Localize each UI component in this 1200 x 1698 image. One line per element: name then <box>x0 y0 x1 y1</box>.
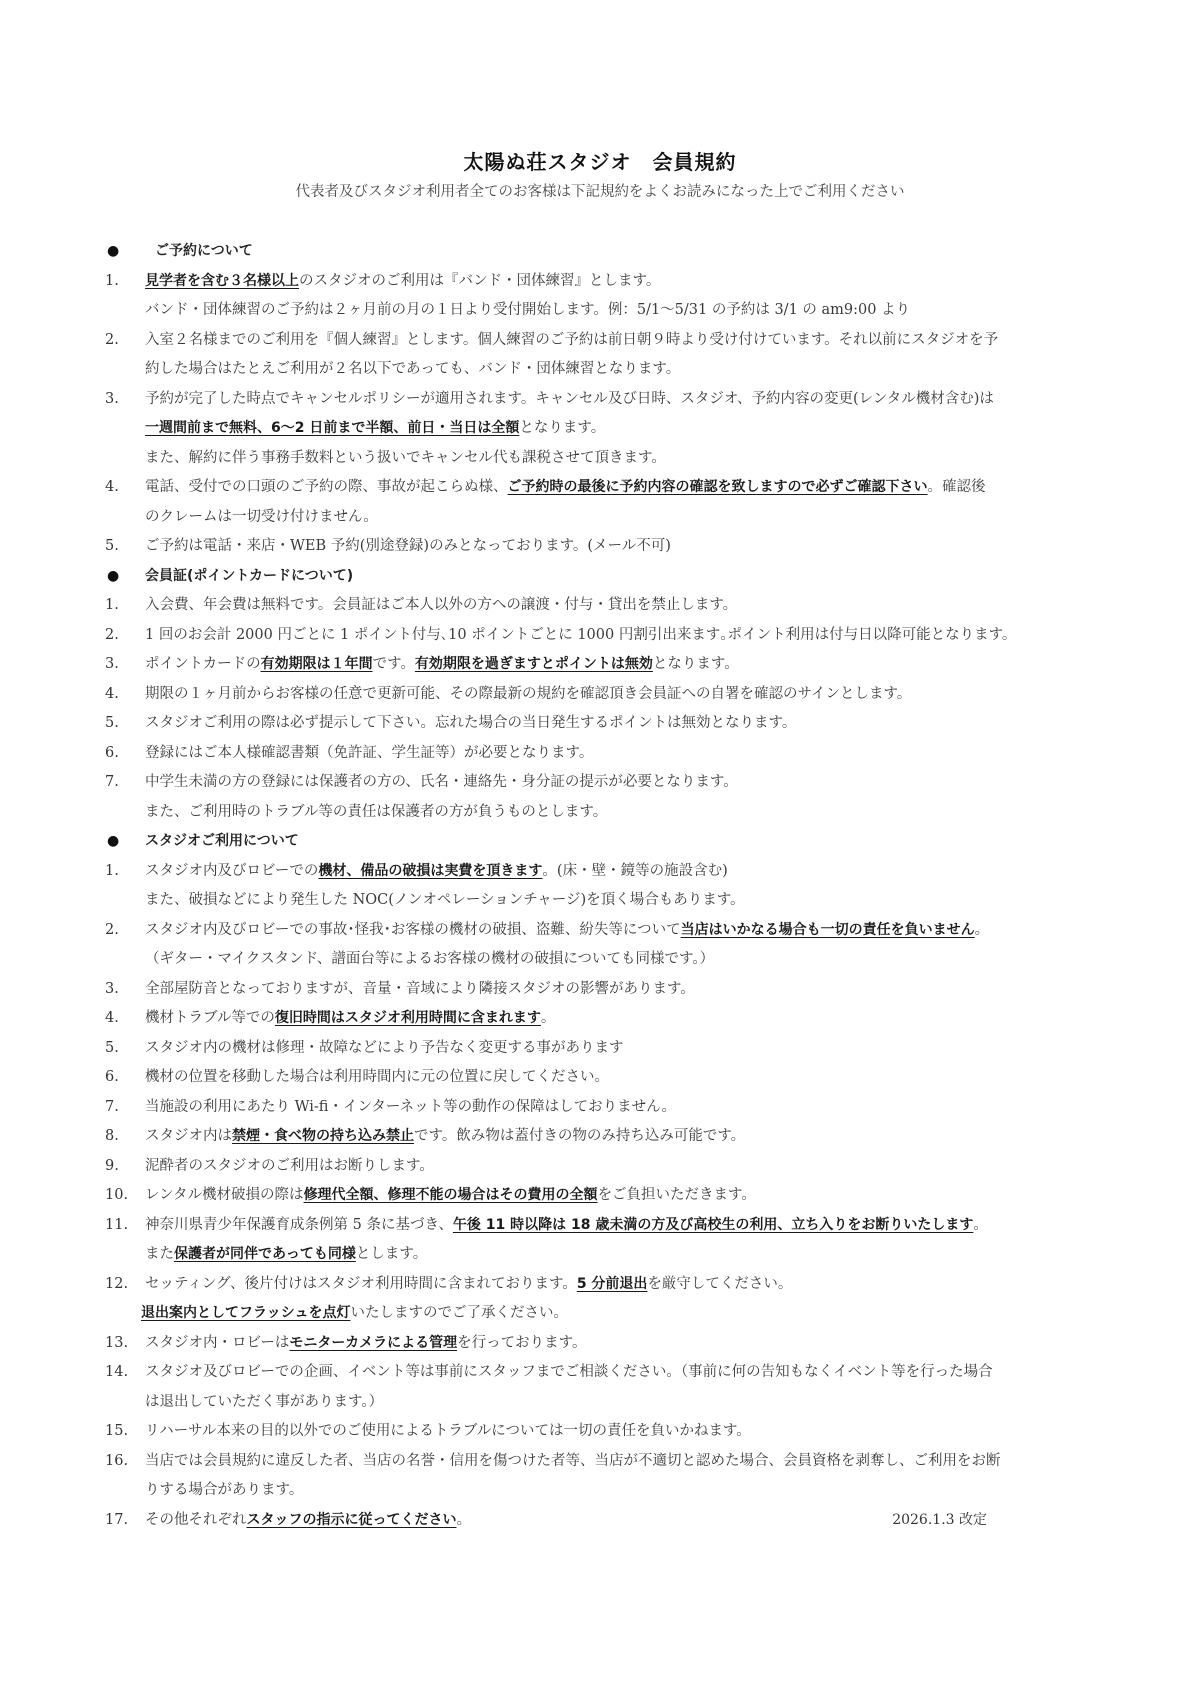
line-text: 機材トラブル等での復旧時間はスタジオ利用時間に含まれます。 <box>145 1004 555 1034</box>
emphasized-text: 当店はいかなる場合も一切の責任を負いません <box>681 922 975 938</box>
rule-continuation: バンド・団体練習のご予約は２ヶ月前の月の１日より受付開始します。例：5/1～5/… <box>105 296 1105 326</box>
item-number: 3. <box>105 385 145 415</box>
text-segment: を厳守してください。 <box>647 1276 792 1292</box>
line-text: スタジオご利用について <box>145 827 299 857</box>
text-segment: ポイントカードの <box>145 656 261 672</box>
emphasized-text: スタッフの指示に従ってください <box>247 1512 457 1528</box>
text-segment: 機材の位置を移動した場合は利用時間内に元の位置に戻してください。 <box>145 1069 609 1085</box>
item-number: 7. <box>105 768 145 798</box>
rule-item: 17.その他それぞれスタッフの指示に従ってください。2026.1.3 改定 <box>105 1506 1105 1536</box>
revision-date: 2026.1.3 改定 <box>892 1506 987 1536</box>
text-segment: 当施設の利用にあたり Wi-fi・インターネット等の動作の保障はしておりません。 <box>145 1099 676 1115</box>
line-text: 機材の位置を移動した場合は利用時間内に元の位置に戻してください。 <box>145 1063 609 1093</box>
item-number: 2. <box>105 326 145 356</box>
item-number: 11. <box>105 1211 145 1241</box>
line-text: 退出案内としてフラッシュを点灯いたしますのでご了承ください。 <box>141 1299 568 1329</box>
document-title: 太陽ぬ荘スタジオ 会員規約 <box>0 146 1200 175</box>
line-text: スタジオ内・ロビーはモニターカメラによる管理を行っております。 <box>145 1329 587 1359</box>
line-text: リハーサル本来の目的以外でのご使用によるトラブルについては一切の責任を負いかねま… <box>145 1417 751 1447</box>
item-number: 1. <box>105 857 145 887</box>
text-segment: スタジオ内・ロビーは <box>145 1335 289 1351</box>
text-segment: です。飲み物は蓋付きの物のみ持ち込み可能です。 <box>414 1128 745 1144</box>
line-text: （ギター・マイクスタンド、譜面台等によるお客様の機材の破損についても同様です。） <box>145 945 714 975</box>
rule-item: 8.スタジオ内は禁煙・食べ物の持ち込み禁止です。飲み物は蓋付きの物のみ持ち込み可… <box>105 1122 1105 1152</box>
line-text: 当施設の利用にあたり Wi-fi・インターネット等の動作の保障はしておりません。 <box>145 1093 676 1123</box>
emphasized-text: 修理代全額、修理不能の場合はその費用の全額 <box>304 1187 598 1203</box>
text-segment: ご予約は電話・来店・WEB 予約(別途登録)のみとなっております。(メール不可) <box>145 538 671 554</box>
emphasized-text: モニターカメラによる管理 <box>289 1335 457 1351</box>
text-segment: を行っております。 <box>457 1335 586 1351</box>
emphasized-text: 禁煙・食べ物の持ち込み禁止 <box>232 1128 414 1144</box>
text-segment: 神奈川県青少年保護育成条例第 5 条に基づき、 <box>145 1217 453 1233</box>
rule-continuation: は退出していただく事があります。） <box>105 1388 1105 1418</box>
line-text: 中学生未満の方の登録には保護者の方の、氏名・連絡先・身分証の提示が必要となります… <box>145 768 738 798</box>
text-segment: 。 <box>973 1217 988 1233</box>
line-text: スタジオ内及びロビーでの機材、備品の破損は実費を頂きます。(床・壁・鏡等の施設含… <box>145 857 728 887</box>
rule-item: 7.中学生未満の方の登録には保護者の方の、氏名・連絡先・身分証の提示が必要となり… <box>105 768 1105 798</box>
item-number: 13. <box>105 1329 145 1359</box>
rule-item: 4.期限の１ヶ月前からお客様の任意で更新可能、その際最新の規約を確認頂き会員証へ… <box>105 680 1105 710</box>
rule-continuation: 退出案内としてフラッシュを点灯いたしますのでご了承ください。 <box>105 1299 1105 1329</box>
line-text: ご予約は電話・来店・WEB 予約(別途登録)のみとなっております。(メール不可) <box>145 532 671 562</box>
line-text: 入室２名様までのご利用を『個人練習』とします。個人練習のご予約は前日朝９時より受… <box>145 326 998 356</box>
item-number: 7. <box>105 1093 145 1123</box>
text-segment: スタジオご利用の際は必ず提示して下さい。忘れた場合の当日発生するポイントは無効と… <box>145 715 796 731</box>
line-text: 登録にはご本人様確認書類（免許証、学生証等）が必要となります。 <box>145 739 593 769</box>
line-text: スタジオご利用の際は必ず提示して下さい。忘れた場合の当日発生するポイントは無効と… <box>145 709 796 739</box>
text-segment: スタジオ内は <box>145 1128 232 1144</box>
line-text: 入会費、年会費は無料です。会員証はご本人以外の方への譲渡・付与・貸出を禁止します… <box>145 591 737 621</box>
document-subtitle: 代表者及びスタジオ利用者全てのお客様は下記規約をよくお読みになった上でご利用くだ… <box>0 180 1200 201</box>
line-text: また、ご利用時のトラブル等の責任は保護者の方が負うものとします。 <box>145 798 607 828</box>
text-segment: スタジオ内の機材は修理・故障などにより予告なく変更する事があります <box>145 1040 624 1056</box>
text-segment: をご負担いただきます。 <box>598 1187 756 1203</box>
rule-item: 3.予約が完了した時点でキャンセルポリシーが適用されます。キャンセル及び日時、ス… <box>105 385 1105 415</box>
text-segment: レンタル機材破損の際は <box>145 1187 304 1203</box>
line-text: ポイントカードの有効期限は１年間です。有効期限を過ぎますとポイントは無効となりま… <box>145 650 739 680</box>
line-text: スタジオ内の機材は修理・故障などにより予告なく変更する事があります <box>145 1034 624 1064</box>
text-segment: となります。 <box>519 420 605 436</box>
text-segment: 会員証(ポイントカードについて) <box>145 568 353 584</box>
line-text: のクレームは一切受け付けません。 <box>145 503 378 533</box>
rule-item: 2.スタジオ内及びロビーでの事故･怪我･お客様の機材の破損、盗難、紛失等について… <box>105 916 1105 946</box>
line-text: 電話、受付での口頭のご予約の際、事故が起こらぬ様、ご予約時の最後に予約内容の確認… <box>145 473 986 503</box>
line-text: 神奈川県青少年保護育成条例第 5 条に基づき、午後 11 時以降は 18 歳未満… <box>145 1211 988 1241</box>
rule-item: 1.スタジオ内及びロビーでの機材、備品の破損は実費を頂きます。(床・壁・鏡等の施… <box>105 857 1105 887</box>
line-text: バンド・団体練習のご予約は２ヶ月前の月の１日より受付開始します。例：5/1～5/… <box>145 296 910 326</box>
line-text: 会員証(ポイントカードについて) <box>145 562 353 592</box>
line-text: スタジオ及びロビーでの企画、イベント等は事前にスタッフまでご相談ください。（事前… <box>145 1358 993 1388</box>
text-segment: りする場合があります。 <box>145 1482 303 1498</box>
item-number: 6. <box>105 1063 145 1093</box>
line-text: スタジオ内は禁煙・食べ物の持ち込み禁止です。飲み物は蓋付きの物のみ持ち込み可能で… <box>145 1122 745 1152</box>
text-segment: となります。 <box>653 656 739 672</box>
text-segment: 期限の１ヶ月前からお客様の任意で更新可能、その際最新の規約を確認頂き会員証への自… <box>145 686 911 702</box>
rule-item: 11.神奈川県青少年保護育成条例第 5 条に基づき、午後 11 時以降は 18 … <box>105 1211 1105 1241</box>
rule-continuation: （ギター・マイクスタンド、譜面台等によるお客様の機材の破損についても同様です。） <box>105 945 1105 975</box>
item-number: 5. <box>105 532 145 562</box>
line-text: ご予約について <box>155 237 253 267</box>
text-segment: のスタジオのご利用は『バンド・団体練習』とします。 <box>299 273 660 289</box>
rule-continuation: また保護者が同伴であっても同様とします。 <box>105 1240 1105 1270</box>
text-segment: 。(床・壁・鏡等の施設含む) <box>542 863 727 879</box>
item-number: 12. <box>105 1270 145 1300</box>
rule-item: 2.入室２名様までのご利用を『個人練習』とします。個人練習のご予約は前日朝９時よ… <box>105 326 1105 356</box>
section-heading: ●スタジオご利用について <box>105 827 1105 857</box>
line-text: 全部屋防音となっておりますが、音量・音域により隣接スタジオの影響があります。 <box>145 975 695 1005</box>
rule-item: 6.機材の位置を移動した場合は利用時間内に元の位置に戻してください。 <box>105 1063 1105 1093</box>
rule-continuation: 約した場合はたとえご利用が２名以下であっても、バンド・団体練習となります。 <box>105 355 1105 385</box>
rule-continuation: 一週間前まで無料、6～2 日前まで半額、前日・当日は全額となります。 <box>105 414 1105 444</box>
rule-item: 1.入会費、年会費は無料です。会員証はご本人以外の方への譲渡・付与・貸出を禁止し… <box>105 591 1105 621</box>
emphasized-text: 機材、備品の破損は実費を頂きます <box>318 863 542 879</box>
rule-item: 13.スタジオ内・ロビーはモニターカメラによる管理を行っております。 <box>105 1329 1105 1359</box>
line-text: は退出していただく事があります。） <box>145 1388 383 1418</box>
line-text: 一週間前まで無料、6～2 日前まで半額、前日・当日は全額となります。 <box>145 414 605 444</box>
item-number: 2. <box>105 916 145 946</box>
rule-item: 2.1 回のお会計 2000 円ごとに 1 ポイント付与､10 ポイントごとに … <box>105 621 1105 651</box>
text-segment: セッティング、後片付けはスタジオ利用時間に含まれております。 <box>145 1276 577 1292</box>
item-number: 8. <box>105 1122 145 1152</box>
text-segment: 機材トラブル等での <box>145 1010 275 1026</box>
line-text: スタジオ内及びロビーでの事故･怪我･お客様の機材の破損、盗難、紛失等について当店… <box>145 916 989 946</box>
rule-item: 4.電話、受付での口頭のご予約の際、事故が起こらぬ様、ご予約時の最後に予約内容の… <box>105 473 1105 503</box>
emphasized-text: 見学者を含む３名様以上 <box>145 273 299 289</box>
text-segment: 。 <box>975 922 990 938</box>
text-segment: また、ご利用時のトラブル等の責任は保護者の方が負うものとします。 <box>145 804 607 820</box>
text-segment: 当店では会員規約に違反した者、当店の名誉・信用を傷つけた者等、当店が不適切と認め… <box>145 1453 1001 1469</box>
text-segment: 予約が完了した時点でキャンセルポリシーが適用されます。キャンセル及び日時、スタジ… <box>145 391 994 407</box>
item-number: 2. <box>105 621 145 651</box>
emphasized-text: 5 分前退出 <box>577 1276 648 1292</box>
text-segment: 入会費、年会費は無料です。会員証はご本人以外の方への譲渡・付与・貸出を禁止します… <box>145 597 737 613</box>
text-segment: その他それぞれ <box>145 1512 247 1528</box>
text-segment: 登録にはご本人様確認書類（免許証、学生証等）が必要となります。 <box>145 745 593 761</box>
item-number: 5. <box>105 1034 145 1064</box>
bullet-icon: ● <box>107 562 147 592</box>
text-segment: 入室２名様までのご利用を『個人練習』とします。個人練習のご予約は前日朝９時より受… <box>145 332 998 348</box>
line-text: 予約が完了した時点でキャンセルポリシーが適用されます。キャンセル及び日時、スタジ… <box>145 385 994 415</box>
line-text: また保護者が同伴であっても同様とします。 <box>145 1240 427 1270</box>
text-segment: （ギター・マイクスタンド、譜面台等によるお客様の機材の破損についても同様です。） <box>145 951 714 967</box>
rule-item: 3.全部屋防音となっておりますが、音量・音域により隣接スタジオの影響があります。 <box>105 975 1105 1005</box>
text-segment: 電話、受付での口頭のご予約の際、事故が起こらぬ様、 <box>145 479 508 495</box>
item-number: 4. <box>105 680 145 710</box>
line-text: 泥酔者のスタジオのご利用はお断りします。 <box>145 1152 434 1182</box>
emphasized-text: ご予約時の最後に予約内容の確認を致しますので必ずご確認下さい <box>508 479 928 495</box>
text-segment: スタジオ及びロビーでの企画、イベント等は事前にスタッフまでご相談ください。（事前… <box>145 1364 993 1380</box>
text-segment: バンド・団体練習のご予約は２ヶ月前の月の１日より受付開始します。例：5/1～5/… <box>145 302 910 318</box>
line-text: 見学者を含む３名様以上のスタジオのご利用は『バンド・団体練習』とします。 <box>145 267 660 297</box>
rule-continuation: また、破損などにより発生した NOC(ノンオペレーションチャージ)を頂く場合もあ… <box>105 886 1105 916</box>
line-text: また、解約に伴う事務手数料という扱いでキャンセル代も課税させて頂きます。 <box>145 444 666 474</box>
item-number: 16. <box>105 1447 145 1477</box>
rule-item: 7.当施設の利用にあたり Wi-fi・インターネット等の動作の保障はしておりませ… <box>105 1093 1105 1123</box>
section-heading: ●会員証(ポイントカードについて) <box>105 562 1105 592</box>
item-number: 14. <box>105 1358 145 1388</box>
text-segment: 。確認後 <box>928 479 986 495</box>
rule-item: 14.スタジオ及びロビーでの企画、イベント等は事前にスタッフまでご相談ください。… <box>105 1358 1105 1388</box>
rule-item: 5.スタジオ内の機材は修理・故障などにより予告なく変更する事があります <box>105 1034 1105 1064</box>
rule-item: 9.泥酔者のスタジオのご利用はお断りします。 <box>105 1152 1105 1182</box>
text-segment: また <box>145 1246 174 1262</box>
bullet-icon: ● <box>107 237 147 267</box>
item-number: 3. <box>105 975 145 1005</box>
item-number: 6. <box>105 739 145 769</box>
document-page: 太陽ぬ荘スタジオ 会員規約 代表者及びスタジオ利用者全てのお客様は下記規約をよく… <box>0 0 1200 1698</box>
rule-item: 10.レンタル機材破損の際は修理代全額、修理不能の場合はその費用の全額をご負担い… <box>105 1181 1105 1211</box>
text-segment: リハーサル本来の目的以外でのご使用によるトラブルについては一切の責任を負いかねま… <box>145 1423 751 1439</box>
text-segment: いたしますのでご了承ください。 <box>350 1305 568 1321</box>
text-segment: 。 <box>541 1010 556 1026</box>
item-number: 4. <box>105 473 145 503</box>
text-segment: スタジオ内及びロビーでの <box>145 863 318 879</box>
text-segment: 1 回のお会計 2000 円ごとに 1 ポイント付与､10 ポイントごとに 10… <box>145 627 1016 643</box>
text-segment: 約した場合はたとえご利用が２名以下であっても、バンド・団体練習となります。 <box>145 361 680 377</box>
rule-item: 3.ポイントカードの有効期限は１年間です。有効期限を過ぎますとポイントは無効とな… <box>105 650 1105 680</box>
emphasized-text: 退出案内としてフラッシュを点灯 <box>141 1305 350 1321</box>
item-number: 17. <box>105 1506 145 1536</box>
line-text: その他それぞれスタッフの指示に従ってください。 <box>145 1506 471 1536</box>
rule-continuation: また、ご利用時のトラブル等の責任は保護者の方が負うものとします。 <box>105 798 1105 828</box>
emphasized-text: 有効期限は１年間 <box>261 656 373 672</box>
text-segment: 。 <box>457 1512 472 1528</box>
rule-item: 15.リハーサル本来の目的以外でのご使用によるトラブルについては一切の責任を負い… <box>105 1417 1105 1447</box>
item-number: 1. <box>105 591 145 621</box>
item-number: 15. <box>105 1417 145 1447</box>
rule-item: 5.ご予約は電話・来店・WEB 予約(別途登録)のみとなっております。(メール不… <box>105 532 1105 562</box>
rule-continuation: また、解約に伴う事務手数料という扱いでキャンセル代も課税させて頂きます。 <box>105 444 1105 474</box>
line-text: りする場合があります。 <box>145 1476 303 1506</box>
text-segment: 泥酔者のスタジオのご利用はお断りします。 <box>145 1158 434 1174</box>
item-number: 9. <box>105 1152 145 1182</box>
rule-item: 4.機材トラブル等での復旧時間はスタジオ利用時間に含まれます。 <box>105 1004 1105 1034</box>
text-segment: は退出していただく事があります。） <box>145 1394 383 1410</box>
text-segment: 中学生未満の方の登録には保護者の方の、氏名・連絡先・身分証の提示が必要となります… <box>145 774 738 790</box>
item-number: 4. <box>105 1004 145 1034</box>
text-segment: 全部屋防音となっておりますが、音量・音域により隣接スタジオの影響があります。 <box>145 981 695 997</box>
rule-item: 6.登録にはご本人様確認書類（免許証、学生証等）が必要となります。 <box>105 739 1105 769</box>
rule-item: 12.セッティング、後片付けはスタジオ利用時間に含まれております。5 分前退出を… <box>105 1270 1105 1300</box>
rule-item: 16.当店では会員規約に違反した者、当店の名誉・信用を傷つけた者等、当店が不適切… <box>105 1447 1105 1477</box>
line-text: 約した場合はたとえご利用が２名以下であっても、バンド・団体練習となります。 <box>145 355 680 385</box>
emphasized-text: 有効期限を過ぎますとポイントは無効 <box>415 656 653 672</box>
item-number: 1. <box>105 267 145 297</box>
rules-body: ●ご予約について1.見学者を含む３名様以上のスタジオのご利用は『バンド・団体練習… <box>105 237 1105 1535</box>
emphasized-text: 復旧時間はスタジオ利用時間に含まれます <box>275 1010 541 1026</box>
text-segment: スタジオ内及びロビーでの事故･怪我･お客様の機材の破損、盗難、紛失等について <box>145 922 681 938</box>
text-segment: また、解約に伴う事務手数料という扱いでキャンセル代も課税させて頂きます。 <box>145 450 666 466</box>
line-text: レンタル機材破損の際は修理代全額、修理不能の場合はその費用の全額をご負担いただき… <box>145 1181 756 1211</box>
item-number: 3. <box>105 650 145 680</box>
emphasized-text: 保護者が同伴であっても同様 <box>174 1246 356 1262</box>
text-segment: です。 <box>373 656 415 672</box>
emphasized-text: 一週間前まで無料、6～2 日前まで半額、前日・当日は全額 <box>145 420 519 436</box>
rule-item: 1.見学者を含む３名様以上のスタジオのご利用は『バンド・団体練習』とします。 <box>105 267 1105 297</box>
line-text: 当店では会員規約に違反した者、当店の名誉・信用を傷つけた者等、当店が不適切と認め… <box>145 1447 1001 1477</box>
text-segment: のクレームは一切受け付けません。 <box>145 509 378 525</box>
line-text: また、破損などにより発生した NOC(ノンオペレーションチャージ)を頂く場合もあ… <box>145 886 745 916</box>
text-segment: ご予約について <box>155 243 253 259</box>
item-number: 10. <box>105 1181 145 1211</box>
text-segment: とします。 <box>356 1246 427 1262</box>
line-text: 期限の１ヶ月前からお客様の任意で更新可能、その際最新の規約を確認頂き会員証への自… <box>145 680 911 710</box>
item-number: 5. <box>105 709 145 739</box>
text-segment: また、破損などにより発生した NOC(ノンオペレーションチャージ)を頂く場合もあ… <box>145 892 745 908</box>
line-text: セッティング、後片付けはスタジオ利用時間に含まれております。5 分前退出を厳守し… <box>145 1270 792 1300</box>
line-text: 1 回のお会計 2000 円ごとに 1 ポイント付与､10 ポイントごとに 10… <box>145 621 1016 651</box>
emphasized-text: 午後 11 時以降は 18 歳未満の方及び高校生の利用、立ち入りをお断りいたしま… <box>453 1217 973 1233</box>
rule-continuation: りする場合があります。 <box>105 1476 1105 1506</box>
section-heading: ●ご予約について <box>105 237 1105 267</box>
text-segment: スタジオご利用について <box>145 833 299 849</box>
rule-continuation: のクレームは一切受け付けません。 <box>105 503 1105 533</box>
bullet-icon: ● <box>107 827 147 857</box>
rule-item: 5.スタジオご利用の際は必ず提示して下さい。忘れた場合の当日発生するポイントは無… <box>105 709 1105 739</box>
